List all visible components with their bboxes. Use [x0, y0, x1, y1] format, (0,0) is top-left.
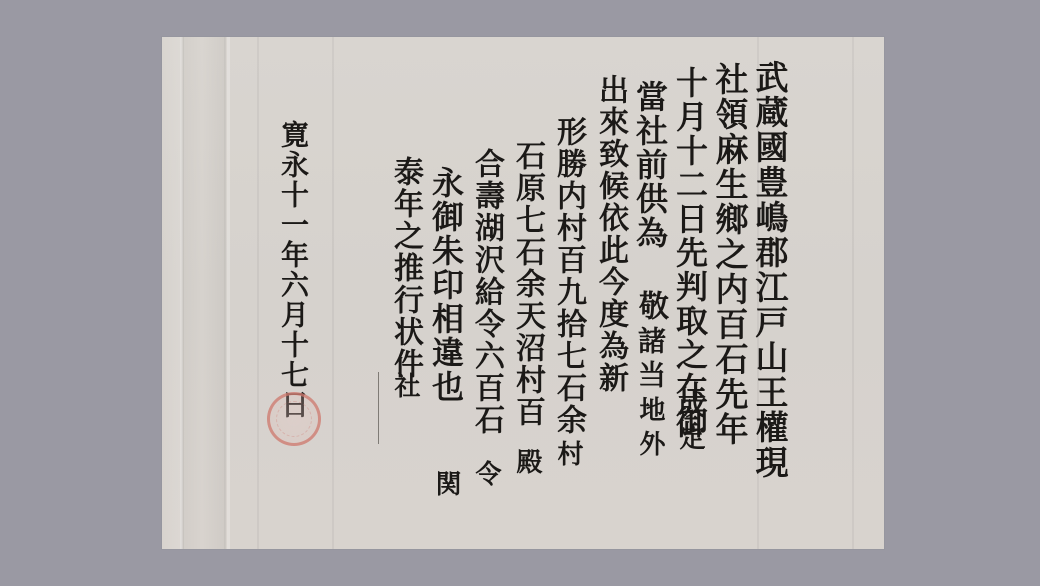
- paper-fold: [227, 37, 230, 549]
- text-column: 石原七石余天沼村百: [512, 140, 542, 428]
- paper-fold: [224, 37, 226, 549]
- text-fragment: 定: [677, 424, 703, 452]
- text-column: 十月十二日先判取之在御: [674, 66, 706, 440]
- text-fragment: 地: [637, 396, 663, 424]
- text-column: 社領麻生鄉之内百石先年: [714, 62, 747, 447]
- document-viewer: 武蔵國豊嶋郡江戸山王權現社領麻生鄉之内百石先年十月十二日先判取之在御當社前供為出…: [0, 0, 1040, 586]
- text-fragment: 関: [433, 470, 459, 498]
- text-fragment: 社: [392, 372, 418, 400]
- date-column: 寛永十一年六月十七日: [279, 120, 307, 420]
- text-fragment: 外: [637, 430, 663, 458]
- text-column: 泰年之推行状件: [390, 156, 420, 380]
- paper-fold: [852, 37, 854, 549]
- paper-fold: [182, 37, 184, 549]
- text-fragment: 或: [676, 390, 704, 420]
- paper-fold: [332, 37, 334, 549]
- text-fragment: 敬: [635, 290, 665, 322]
- text-column: 合壽湖沢給令六百石: [471, 148, 501, 436]
- paper-fold: [257, 37, 259, 549]
- text-column: 出來致候依此今度為新: [595, 74, 625, 394]
- brush-tail: [378, 372, 379, 444]
- text-fragment: 令: [473, 460, 499, 488]
- text-column: 永御朱印相違也: [430, 166, 462, 404]
- text-fragment: 殿: [514, 448, 540, 476]
- text-column: 武蔵國豊嶋郡江戸山王權現: [754, 60, 787, 480]
- text-fragment: 当: [636, 360, 664, 390]
- text-fragment: 諸: [636, 326, 664, 356]
- text-column: 當社前供為: [634, 80, 666, 250]
- text-fragment: 村: [555, 440, 581, 468]
- red-seal-stamp: [267, 392, 321, 446]
- text-column: 形勝内村百九拾七石余: [553, 116, 583, 436]
